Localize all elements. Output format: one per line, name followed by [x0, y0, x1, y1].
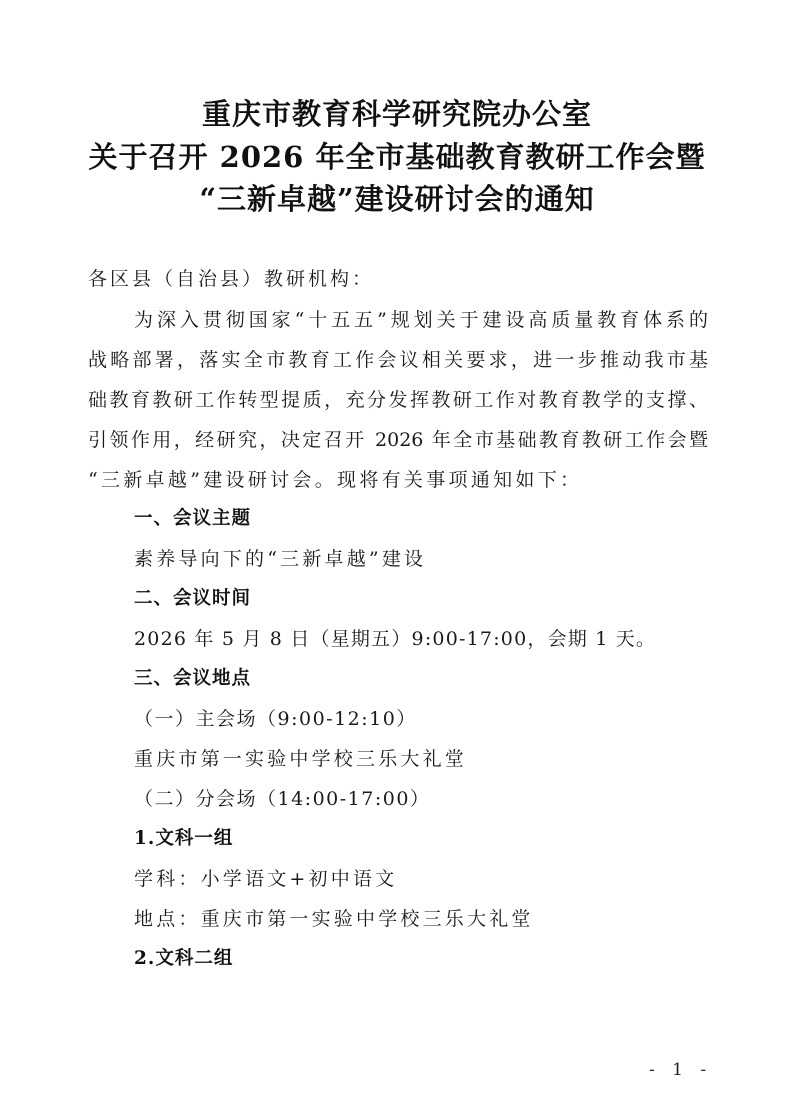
- branch-venue-label: （二）分会场（14:00-17:00）: [134, 784, 430, 811]
- title-line-2: 关于召开 2026 年全市基础教育教研工作会暨: [0, 135, 794, 176]
- group-1-title: 1.文科一组: [134, 824, 233, 850]
- section-heading-theme: 一、会议主题: [134, 504, 251, 530]
- group-1-subject: 学科：小学语文+初中语文: [134, 864, 397, 891]
- main-venue-location: 重庆市第一实验中学校三乐大礼堂: [134, 744, 467, 771]
- section-content-theme: 素养导向下的“三新卓越”建设: [134, 544, 426, 571]
- intro-line-1: 为深入贯彻国家“十五五”规划关于建设高质量教育体系的: [134, 305, 708, 332]
- salutation: 各区县（自治县）教研机构：: [88, 264, 374, 291]
- main-venue-label: （一）主会场（9:00-12:10）: [134, 704, 417, 731]
- section-heading-venue: 三、会议地点: [134, 664, 251, 690]
- intro-line-5: “三新卓越”建设研讨会。现将有关事项通知如下：: [88, 465, 582, 492]
- title-line-1: 重庆市教育科学研究院办公室: [0, 92, 794, 133]
- title-line-3: “三新卓越”建设研讨会的通知: [0, 177, 794, 218]
- intro-line-2: 战略部署，落实全市教育工作会议相关要求，进一步推动我市基: [88, 345, 708, 372]
- group-1-location: 地点：重庆市第一实验中学校三乐大礼堂: [134, 904, 534, 931]
- section-heading-time: 二、会议时间: [134, 584, 251, 610]
- page-number: - 1 -: [649, 1060, 712, 1080]
- intro-line-4: 引领作用，经研究，决定召开 2026 年全市基础教育教研工作会暨: [88, 425, 708, 452]
- intro-line-3: 础教育教研工作转型提质，充分发挥教研工作对教育教学的支撑、: [88, 385, 708, 412]
- group-2-title: 2.文科二组: [134, 944, 233, 970]
- section-content-time: 2026 年 5 月 8 日（星期五）9:00-17:00，会期 1 天。: [134, 624, 656, 651]
